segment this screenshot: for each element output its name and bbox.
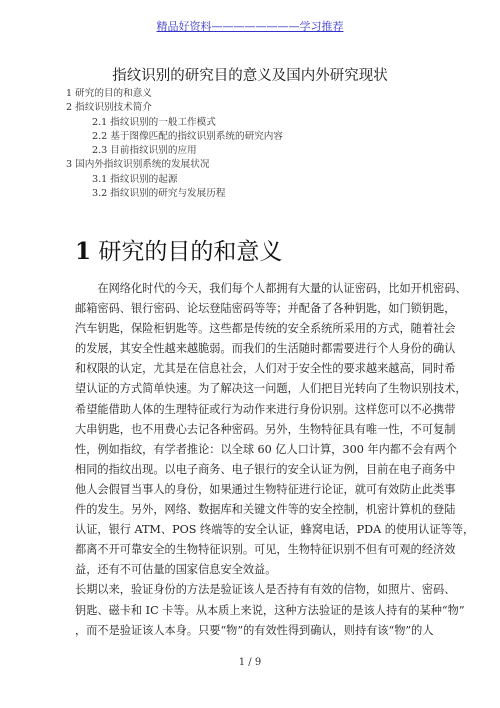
- header-link[interactable]: 精品好资料————————学习推荐: [0, 18, 500, 34]
- page-indicator: 1 / 9: [0, 657, 500, 668]
- section-heading: 1 研究的目的和意义: [75, 233, 282, 266]
- body-line: 在网络化时代的今天，我们每个人都拥有大量的认证密码，比如开机密码、: [75, 279, 445, 299]
- body-line: 和权限的认定，尤其是在信息社会，人们对于安全性的要求越来越高，同时希: [75, 359, 445, 379]
- body-line: 益，还有不可估量的国家信息安全效益。: [75, 560, 445, 580]
- body-line: 望认证的方式简单快速。为了解决这一问题，人们把目光转向了生物识别技术，: [75, 379, 445, 399]
- section-number: 1: [75, 238, 91, 265]
- body-text: 在网络化时代的今天，我们每个人都拥有大量的认证密码，比如开机密码、 邮箱密码、银…: [75, 279, 445, 641]
- body-line: 汽车钥匙，保险柜钥匙等。这些都是传统的安全系统所采用的方式，随着社会: [75, 319, 445, 339]
- toc-item[interactable]: 2.2 基于图像匹配的指纹识别系统的研究内容: [66, 130, 283, 144]
- body-line: 的发展，其安全性越来越脆弱。而我们的生活随时都需要进行个人身份的确认: [75, 339, 445, 359]
- table-of-contents: 1 研究的目的和意义 2 指纹识别技术简介 2.1 指纹识别的一般工作模式 2.…: [66, 87, 283, 201]
- toc-item[interactable]: 2.3 目前指纹识别的应用: [66, 144, 283, 158]
- toc-item[interactable]: 1 研究的目的和意义: [66, 87, 283, 101]
- body-line: 大串钥匙，也不用费心去记各种密码。另外，生物特征具有唯一性，不可复制: [75, 420, 445, 440]
- body-line: 希望能借助人体的生理特征或行为动作来进行身份识别。这样您可以不必携带: [75, 400, 445, 420]
- body-line: 件的发生。另外，网络、数据库和关键文件等的安全控制，机密计算机的登陆: [75, 500, 445, 520]
- toc-item[interactable]: 2.1 指纹识别的一般工作模式: [66, 116, 283, 130]
- body-line: 他人会假冒当事人的身份，如果通过生物特征进行论证，就可有效防止此类事: [75, 480, 445, 500]
- section-title: 研究的目的和意义: [98, 239, 282, 265]
- body-line: 相同的指纹出现。以电子商务、电子银行的安全认证为例，目前在电子商务中: [75, 460, 445, 480]
- toc-item[interactable]: 2 指纹识别技术简介: [66, 101, 283, 115]
- document-title: 指纹识别的研究目的意义及国内外研究现状: [0, 64, 500, 85]
- body-line: 长期以来，验证身份的方法是验证该人是否持有有效的信物，如照片、密码、: [75, 580, 445, 600]
- body-line: 性，例如指纹，有学者推论：以全球 60 亿人口计算，300 年内都不会有两个: [75, 440, 445, 460]
- body-line: 邮箱密码、银行密码、论坛登陆密码等等；并配备了各种钥匙，如门锁钥匙，: [75, 299, 445, 319]
- body-line: 认证，银行 ATM、POS 终端等的安全认证，蜂窝电话，PDA 的使用认证等等，: [75, 520, 445, 540]
- toc-item[interactable]: 3.1 指纹识别的起源: [66, 173, 283, 187]
- toc-item[interactable]: 3.2 指纹识别的研究与发展历程: [66, 187, 283, 201]
- toc-item[interactable]: 3 国内外指纹识别系统的发展状况: [66, 158, 283, 172]
- body-line: 都离不开可靠安全的生物特征识别。可见，生物特征识别不但有可观的经济效: [75, 540, 445, 560]
- body-line: ，而不是验证该人本身。只要“物”的有效性得到确认，则持有该“物”的人: [75, 621, 445, 641]
- body-line: 钥匙、磁卡和 IC 卡等。从本质上来说，这种方法验证的是该人持有的某种“物”: [75, 601, 445, 621]
